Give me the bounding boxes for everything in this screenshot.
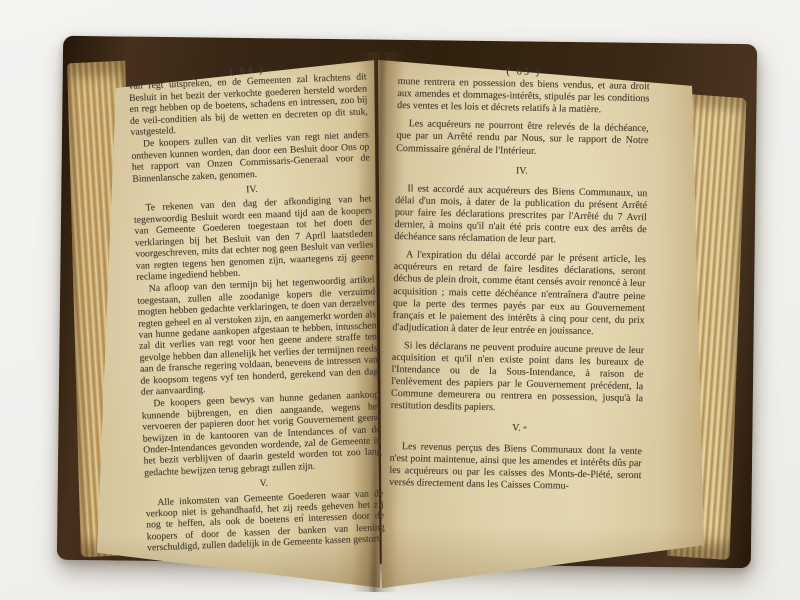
paragraph: mune rentrera en possession des biens ve…: [397, 76, 650, 118]
paper-speck: [523, 426, 527, 429]
section-heading-iv: IV.: [396, 163, 648, 180]
section-heading-v: V.: [390, 420, 642, 437]
paragraph: Les acquéreurs ne pourront être relevés …: [396, 118, 649, 160]
paragraph: Les revenus perçus des Biens Communaux d…: [389, 440, 642, 494]
paragraph: van regt uitspreken, en de Gemeenten zal…: [128, 72, 368, 139]
photo-background: ( 64 ) van regt uitspreken, en de Gemeen…: [0, 0, 800, 600]
paragraph: Il est accordé aux acquéreurs des Biens …: [394, 183, 647, 249]
paragraph: Si les déclarans ne peuvent produire auc…: [391, 340, 644, 418]
paper-speck: [629, 145, 631, 147]
paragraph: Na afloop van den termijn bij het tegenw…: [137, 275, 379, 399]
paragraph: A l'expiration du délai accordé par le p…: [392, 249, 646, 339]
paragraph: Te rekenen van den dag der afkondiging v…: [133, 194, 374, 283]
left-page-text: ( 64 ) van regt uitspreken, en de Gemeen…: [128, 60, 385, 555]
paragraph: De koopers zullen van dit verlies van re…: [131, 130, 371, 185]
paragraph: De koopers geen bewys van hunne gedanen …: [141, 390, 382, 479]
paragraph: Alle inkomsten van Gemeente Goederen waa…: [145, 488, 385, 555]
right-page-text: ( 65 ) mune rentrera en possession des b…: [389, 64, 650, 500]
paper-speck: [301, 513, 304, 516]
